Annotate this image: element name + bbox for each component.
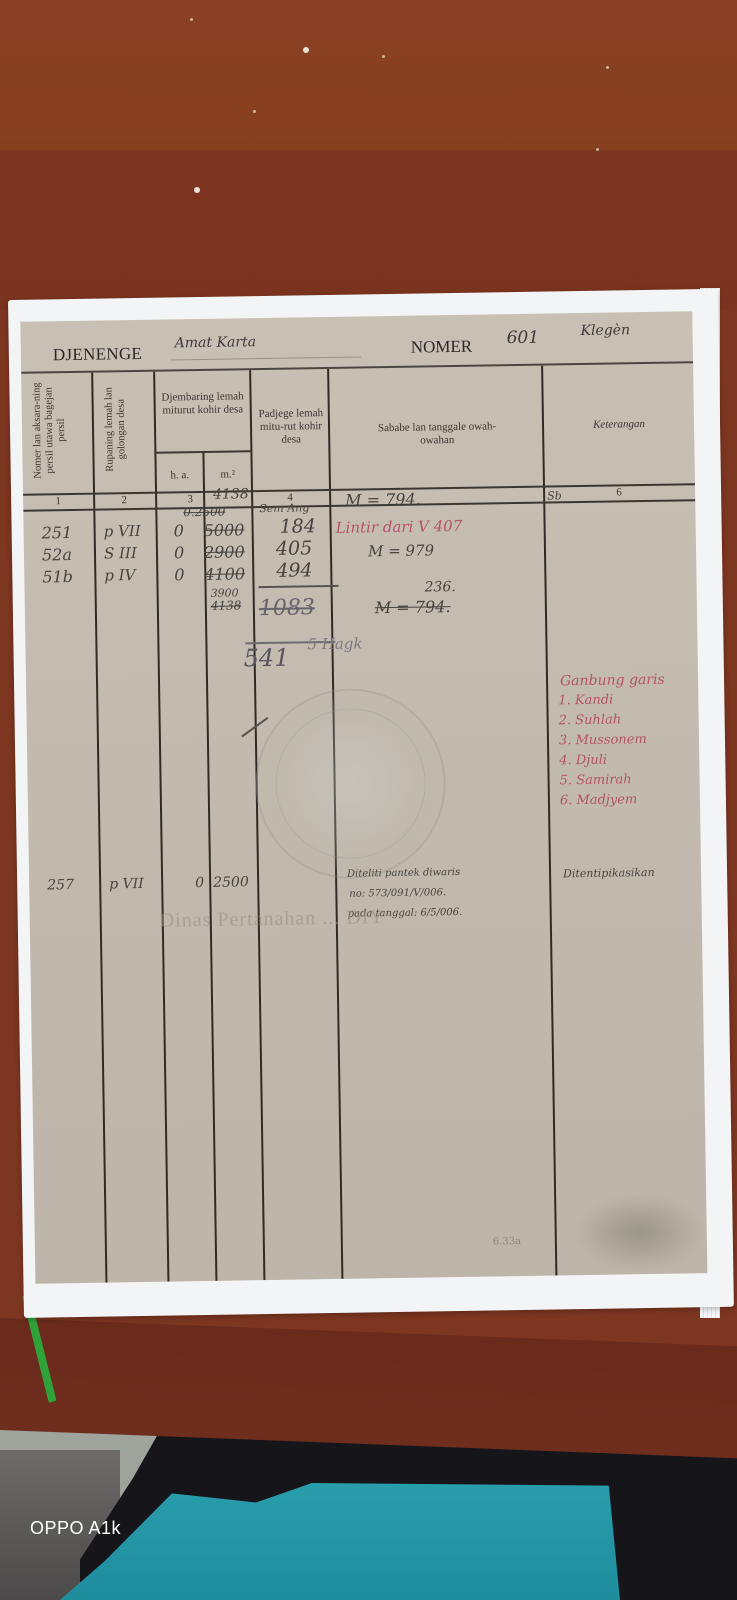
subtotal-padjeg: 1083	[259, 595, 315, 621]
page-footer-code: 6.33a	[493, 1236, 521, 1247]
heir-1: 1. Kandi	[558, 693, 613, 709]
heir-6: 6. Madjyem	[560, 792, 638, 808]
entry2-sebab: M = 979	[368, 541, 434, 560]
entry4-ha: 0	[195, 875, 204, 891]
dust-speck	[253, 110, 256, 113]
entry3-persil: 51b	[42, 567, 73, 586]
land-register-form: DJENENGE Amat Karta NOMER 601 Klegèn Nom…	[20, 311, 707, 1283]
wooden-table-edge	[0, 150, 737, 310]
col5-header: Sababe lan tanggale owah-owahan	[372, 420, 502, 448]
dust-speck	[596, 148, 599, 151]
book-page: DJENENGE Amat Karta NOMER 601 Klegèn Nom…	[8, 289, 734, 1318]
entry2-padjeg: 405	[276, 537, 313, 560]
entry4-sebab-line2: no: 573/091/V/006.	[349, 887, 446, 900]
subtotal-m2-old: 4138	[211, 598, 242, 612]
col4-top-note: Sem Ang	[259, 501, 309, 515]
entry1-ha: 0	[173, 521, 183, 540]
owner-name: Amat Karta	[175, 334, 257, 351]
subtotal-m-new: 236.	[424, 579, 455, 595]
col1-header: Nomer lan aksara-ning persil utawa bagej…	[31, 375, 69, 486]
dust-speck	[194, 187, 200, 193]
dust-speck	[382, 55, 385, 58]
entry2-m2: 2900	[204, 542, 245, 562]
entry3-m2: 4100	[204, 564, 245, 584]
entry4-klas: p VII	[109, 876, 144, 893]
col3-sub-m2: m.²	[205, 468, 251, 482]
entry2-klas: S III	[104, 544, 137, 563]
entry4-m2: 2500	[213, 874, 249, 891]
col6-header: Keterangan	[544, 417, 694, 432]
col3-top-note: 4138	[213, 486, 249, 503]
dust-speck	[606, 66, 609, 69]
col6-head-note: Sb	[547, 489, 562, 502]
entry1-padjeg: 184	[279, 515, 316, 538]
entry1-klas: p VII	[104, 522, 141, 541]
heir-4: 4. Djuli	[559, 753, 607, 769]
entry3-ha: 0	[174, 565, 184, 584]
col3-row0-note: 0.2500	[183, 505, 225, 520]
col1-number: 1	[23, 495, 93, 508]
dust-speck	[190, 18, 193, 21]
entry3-klas: p IV	[104, 566, 135, 584]
col4-header: Padjege lemah mitu-rut kohir desa	[254, 407, 329, 447]
heir-2: 2. Suhlah	[559, 712, 622, 728]
entry4-keterangan: Ditentipikasikan	[563, 866, 655, 880]
col6-number: 6	[543, 485, 695, 499]
heir-3: 3. Mussonem	[559, 732, 647, 748]
heirs-title: Ganbung garis	[560, 672, 665, 690]
col2-header: Rupaning lemah lan golongan desa	[103, 374, 129, 484]
stamp-text: Dinas Pertanahan ... DIY	[160, 906, 385, 933]
village-name: Klegèn	[580, 322, 630, 339]
subtotal-line	[259, 585, 339, 588]
dust-speck	[303, 47, 309, 53]
entry2-ha: 0	[174, 543, 184, 562]
entry1-sebab: Lintir dari V 407	[335, 517, 462, 537]
nomer-value: 601	[507, 328, 540, 349]
entry3-padjeg: 494	[276, 559, 313, 582]
camera-watermark: OPPO A1k	[30, 1518, 121, 1539]
entry2-persil: 52a	[42, 545, 72, 564]
col2-number: 2	[93, 494, 155, 507]
wooden-table-surface	[0, 0, 737, 150]
total-note: 5 Hagk	[307, 634, 362, 653]
name-underline	[171, 356, 361, 360]
col3-sub-ha: h. a.	[157, 469, 203, 483]
col3-header: Djembaring lemah miturut kohir desa	[155, 390, 249, 417]
total-padjeg: 541	[243, 644, 289, 673]
col5-top-note: M = 794.	[345, 490, 421, 510]
entry4-sebab-line1: Diteliti pantek diwaris	[347, 867, 460, 880]
entry4-persil: 257	[47, 877, 74, 893]
subtotal-m-old: M = 794.	[375, 597, 451, 617]
entry1-persil: 251	[42, 523, 73, 542]
nomer-label: NOMER	[411, 337, 473, 358]
djenenge-label: DJENENGE	[53, 344, 143, 365]
entry1-m2: 5000	[203, 520, 244, 540]
heir-5: 5. Samirah	[560, 772, 632, 788]
paper-stain	[574, 1191, 705, 1273]
